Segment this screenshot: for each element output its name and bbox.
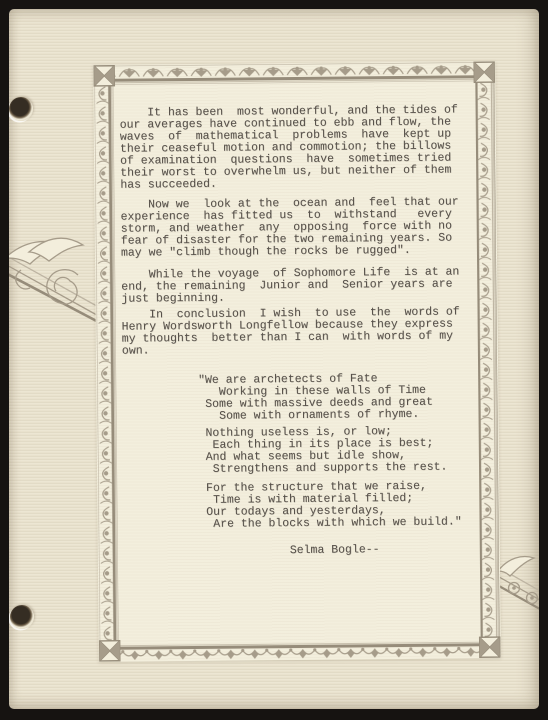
poem-stanza-1: "We are archetects of Fate Working in th… <box>122 373 433 424</box>
paragraph-4: In conclusion I wish to use the words of… <box>121 306 460 357</box>
corner-ornament-top-left <box>94 66 114 86</box>
poem-stanza-2: Nothing useless is, or low; Each thing i… <box>123 426 448 477</box>
paragraph-1: It has been most wonderful, and the tide… <box>120 104 459 191</box>
binder-hole-top <box>9 97 33 121</box>
border-left <box>94 86 118 641</box>
signature: Selma Bogle-- <box>290 544 380 557</box>
binder-hole-bottom <box>10 605 34 629</box>
typed-sheet: It has been most wonderful, and the tide… <box>93 61 501 662</box>
paragraph-3: While the voyage of Sophomore Life is at… <box>121 266 459 305</box>
paragraph-2: Now we look at the ocean and feel that o… <box>120 196 459 259</box>
corner-ornament-bottom-right <box>480 637 500 657</box>
scroll-ornament-left <box>9 238 106 326</box>
corner-ornament-top-right <box>474 62 494 82</box>
album-paper: It has been most wonderful, and the tide… <box>9 9 539 709</box>
corner-ornament-bottom-left <box>100 641 120 661</box>
border-top <box>114 62 474 84</box>
poem-stanza-3: For the structure that we raise, Time is… <box>123 480 462 531</box>
scrapbook-scan: It has been most wonderful, and the tide… <box>0 0 548 720</box>
border-bottom <box>120 637 480 660</box>
border-right <box>475 82 499 637</box>
